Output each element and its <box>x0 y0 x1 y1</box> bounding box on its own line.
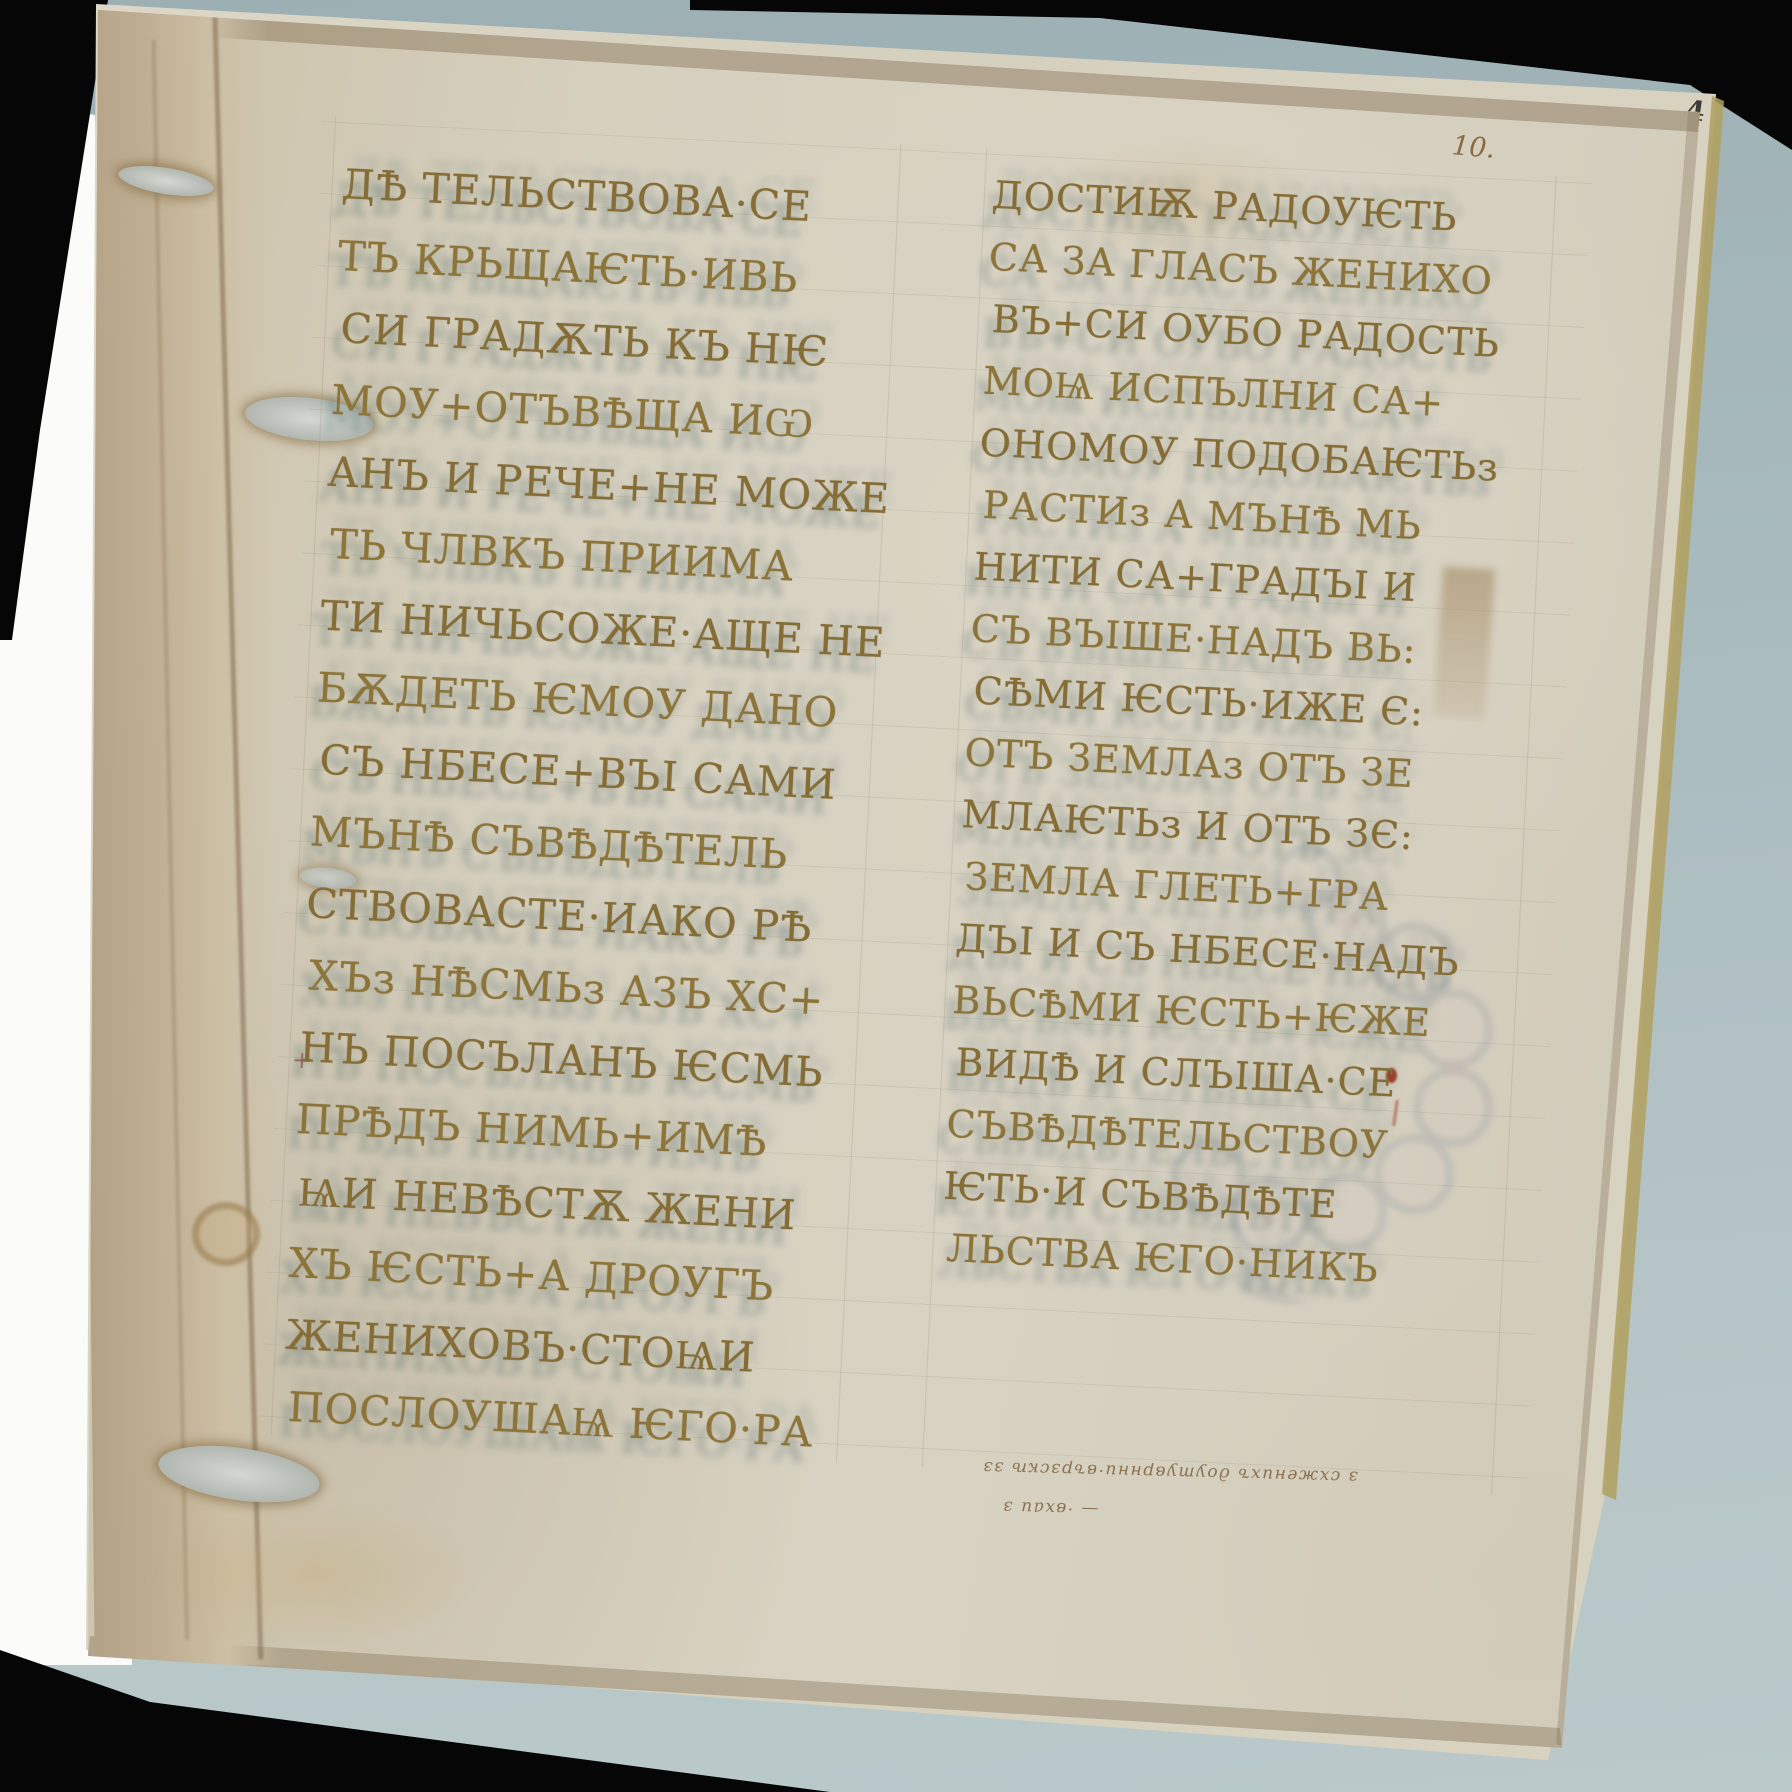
right-text-column: ДОСТИѬ РАДОУѤТЬСА ЗА ГЛАСЪ ЖЕНИХОВЪ+СИ О… <box>939 164 1513 1304</box>
left-text-column: ДѢ ТЕЛЬСТВОВА·СЕТЪ КРЬЩАѤТЬ·ИВЬСИ ГРАДѪТ… <box>280 148 908 1470</box>
marginal-note-line2: — ·вхаи з <box>1002 1497 1099 1520</box>
manuscript-page: 10. + ДѢ ТЕЛЬСТВОВА·СЕТЪ КРЬЩАѤТЬ·ИВЬСИ … <box>0 0 1792 1792</box>
manuscript-photo: 4 <box>0 0 1792 1792</box>
text-layer: ДѢ ТЕЛЬСТВОВА·СЕТЪ КРЬЩАѤТЬ·ИВЬСИ ГРАДѪТ… <box>17 10 1698 1786</box>
